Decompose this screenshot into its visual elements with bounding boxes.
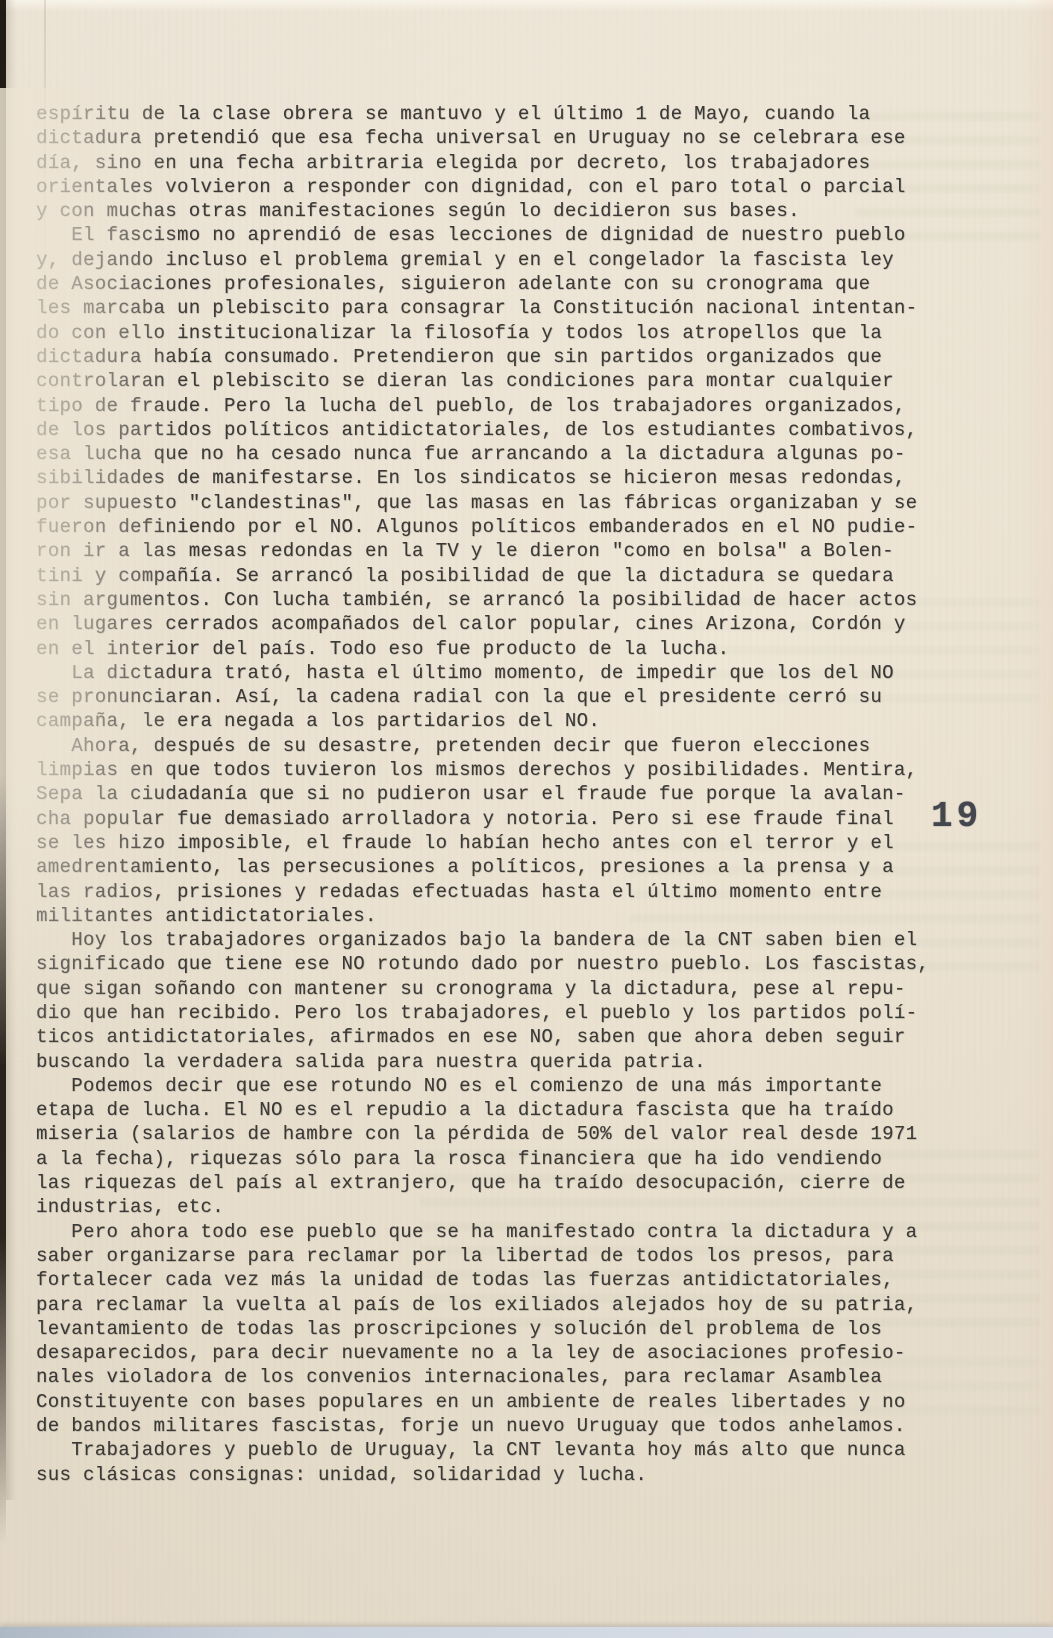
- scan-left-edge-shadow: [6, 0, 16, 1500]
- scan-bottom-edge: [0, 1627, 1053, 1638]
- document-body-text: espíritu de la clase obrera se mantuvo y…: [36, 102, 946, 1487]
- scanned-page: espíritu de la clase obrera se mantuvo y…: [0, 0, 1053, 1638]
- scan-right-edge-tint: [1025, 0, 1053, 1638]
- scan-top-edge: [0, 0, 1053, 12]
- page-number: 19: [931, 796, 982, 837]
